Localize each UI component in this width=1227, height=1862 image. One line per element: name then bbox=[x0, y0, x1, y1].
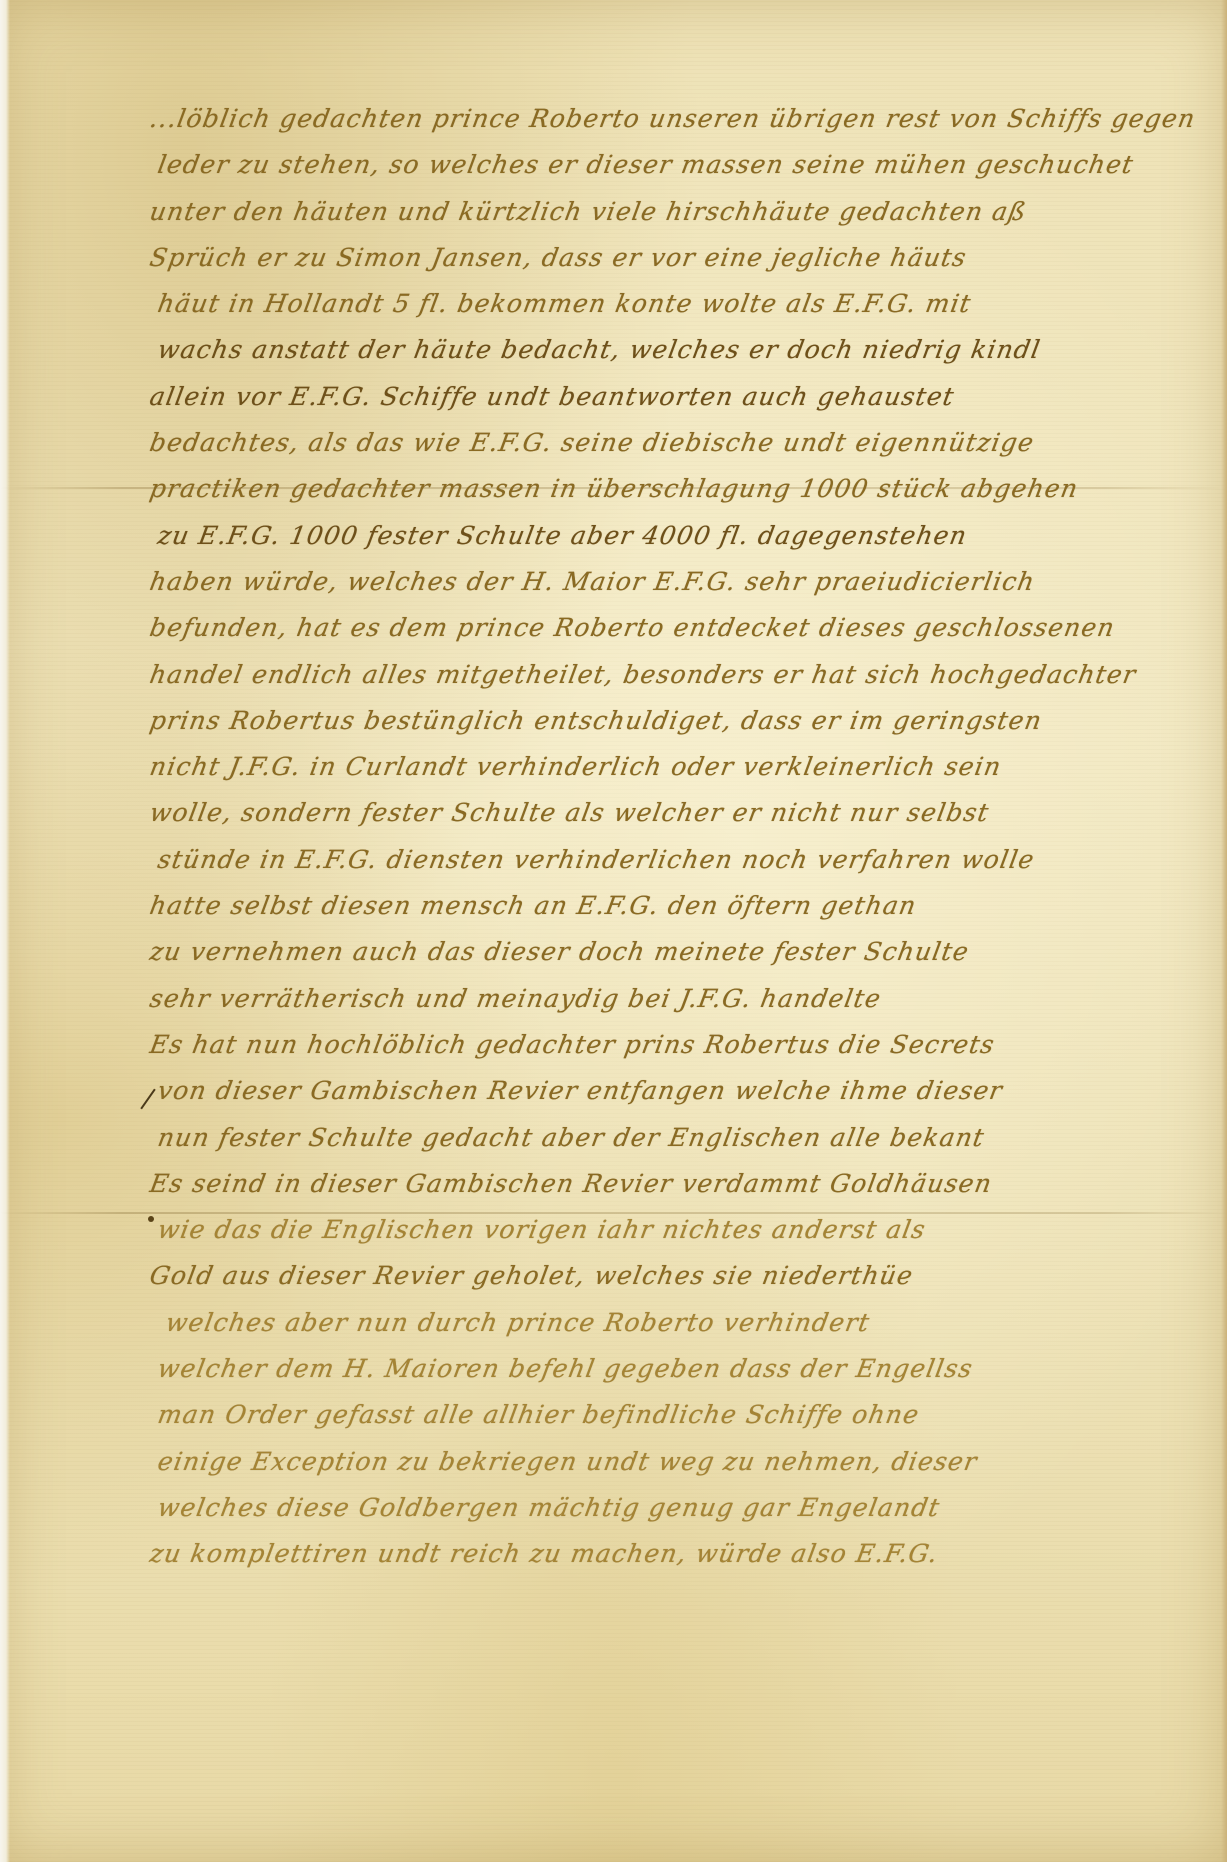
manuscript-line: zu komplettiren undt reich zu machen, wü… bbox=[146, 1531, 1214, 1577]
manuscript-line: practiken gedachter massen in überschlag… bbox=[146, 466, 1214, 512]
manuscript-line: hatte selbst diesen mensch an E.F.G. den… bbox=[146, 883, 1214, 929]
manuscript-line: allein vor E.F.G. Schiffe undt beantwort… bbox=[146, 374, 1214, 420]
manuscript-line: wie das die Englischen vorigen iahr nich… bbox=[146, 1207, 1214, 1253]
manuscript-line: handel endlich alles mitgetheilet, beson… bbox=[146, 652, 1214, 698]
manuscript-line: bedachtes, als das wie E.F.G. seine dieb… bbox=[146, 420, 1214, 466]
paper-right-edge bbox=[1221, 0, 1227, 1862]
manuscript-line: welches diese Goldbergen mächtig genug g… bbox=[146, 1485, 1214, 1531]
manuscript-line: zu vernehmen auch das dieser doch meinet… bbox=[146, 929, 1214, 975]
manuscript-line: Gold aus dieser Revier geholet, welches … bbox=[146, 1253, 1214, 1299]
manuscript-line: zu E.F.G. 1000 fester Schulte aber 4000 … bbox=[146, 513, 1214, 559]
manuscript-line: ...löblich gedachten prince Roberto unse… bbox=[146, 96, 1214, 142]
manuscript-line: von dieser Gambischen Revier entfangen w… bbox=[146, 1068, 1214, 1114]
manuscript-line: sehr verrätherisch und meinaydig bei J.F… bbox=[146, 976, 1214, 1022]
manuscript-line: stünde in E.F.G. diensten verhinderliche… bbox=[146, 837, 1214, 883]
manuscript-page: ...löblich gedachten prince Roberto unse… bbox=[0, 0, 1227, 1862]
manuscript-line: prins Robertus bestünglich entschuldiget… bbox=[146, 698, 1214, 744]
manuscript-line: wachs anstatt der häute bedacht, welches… bbox=[146, 327, 1214, 373]
manuscript-line: befunden, hat es dem prince Roberto entd… bbox=[146, 605, 1214, 651]
paper-left-edge bbox=[0, 0, 10, 1862]
manuscript-line: wolle, sondern fester Schulte als welche… bbox=[146, 790, 1214, 836]
handwritten-text-block: ...löblich gedachten prince Roberto unse… bbox=[150, 96, 1210, 1578]
manuscript-line: man Order gefasst alle allhier befindlic… bbox=[146, 1392, 1214, 1438]
manuscript-line: Es seind in dieser Gambischen Revier ver… bbox=[146, 1161, 1214, 1207]
manuscript-line: Es hat nun hochlöblich gedachter prins R… bbox=[146, 1022, 1214, 1068]
manuscript-line: welcher dem H. Maioren befehl gegeben da… bbox=[146, 1346, 1214, 1392]
manuscript-line: nun fester Schulte gedacht aber der Engl… bbox=[146, 1115, 1214, 1161]
manuscript-line: nicht J.F.G. in Curlandt verhinderlich o… bbox=[146, 744, 1214, 790]
manuscript-line: einige Exception zu bekriegen undt weg z… bbox=[146, 1439, 1214, 1485]
manuscript-line: welches aber nun durch prince Roberto ve… bbox=[146, 1300, 1214, 1346]
manuscript-line: leder zu stehen, so welches er dieser ma… bbox=[146, 142, 1214, 188]
manuscript-line: häut in Hollandt 5 fl. bekommen konte wo… bbox=[146, 281, 1214, 327]
manuscript-line: Sprüch er zu Simon Jansen, dass er vor e… bbox=[146, 235, 1214, 281]
manuscript-line: haben würde, welches der H. Maior E.F.G.… bbox=[146, 559, 1214, 605]
manuscript-line: unter den häuten und kürtzlich viele hir… bbox=[146, 189, 1214, 235]
